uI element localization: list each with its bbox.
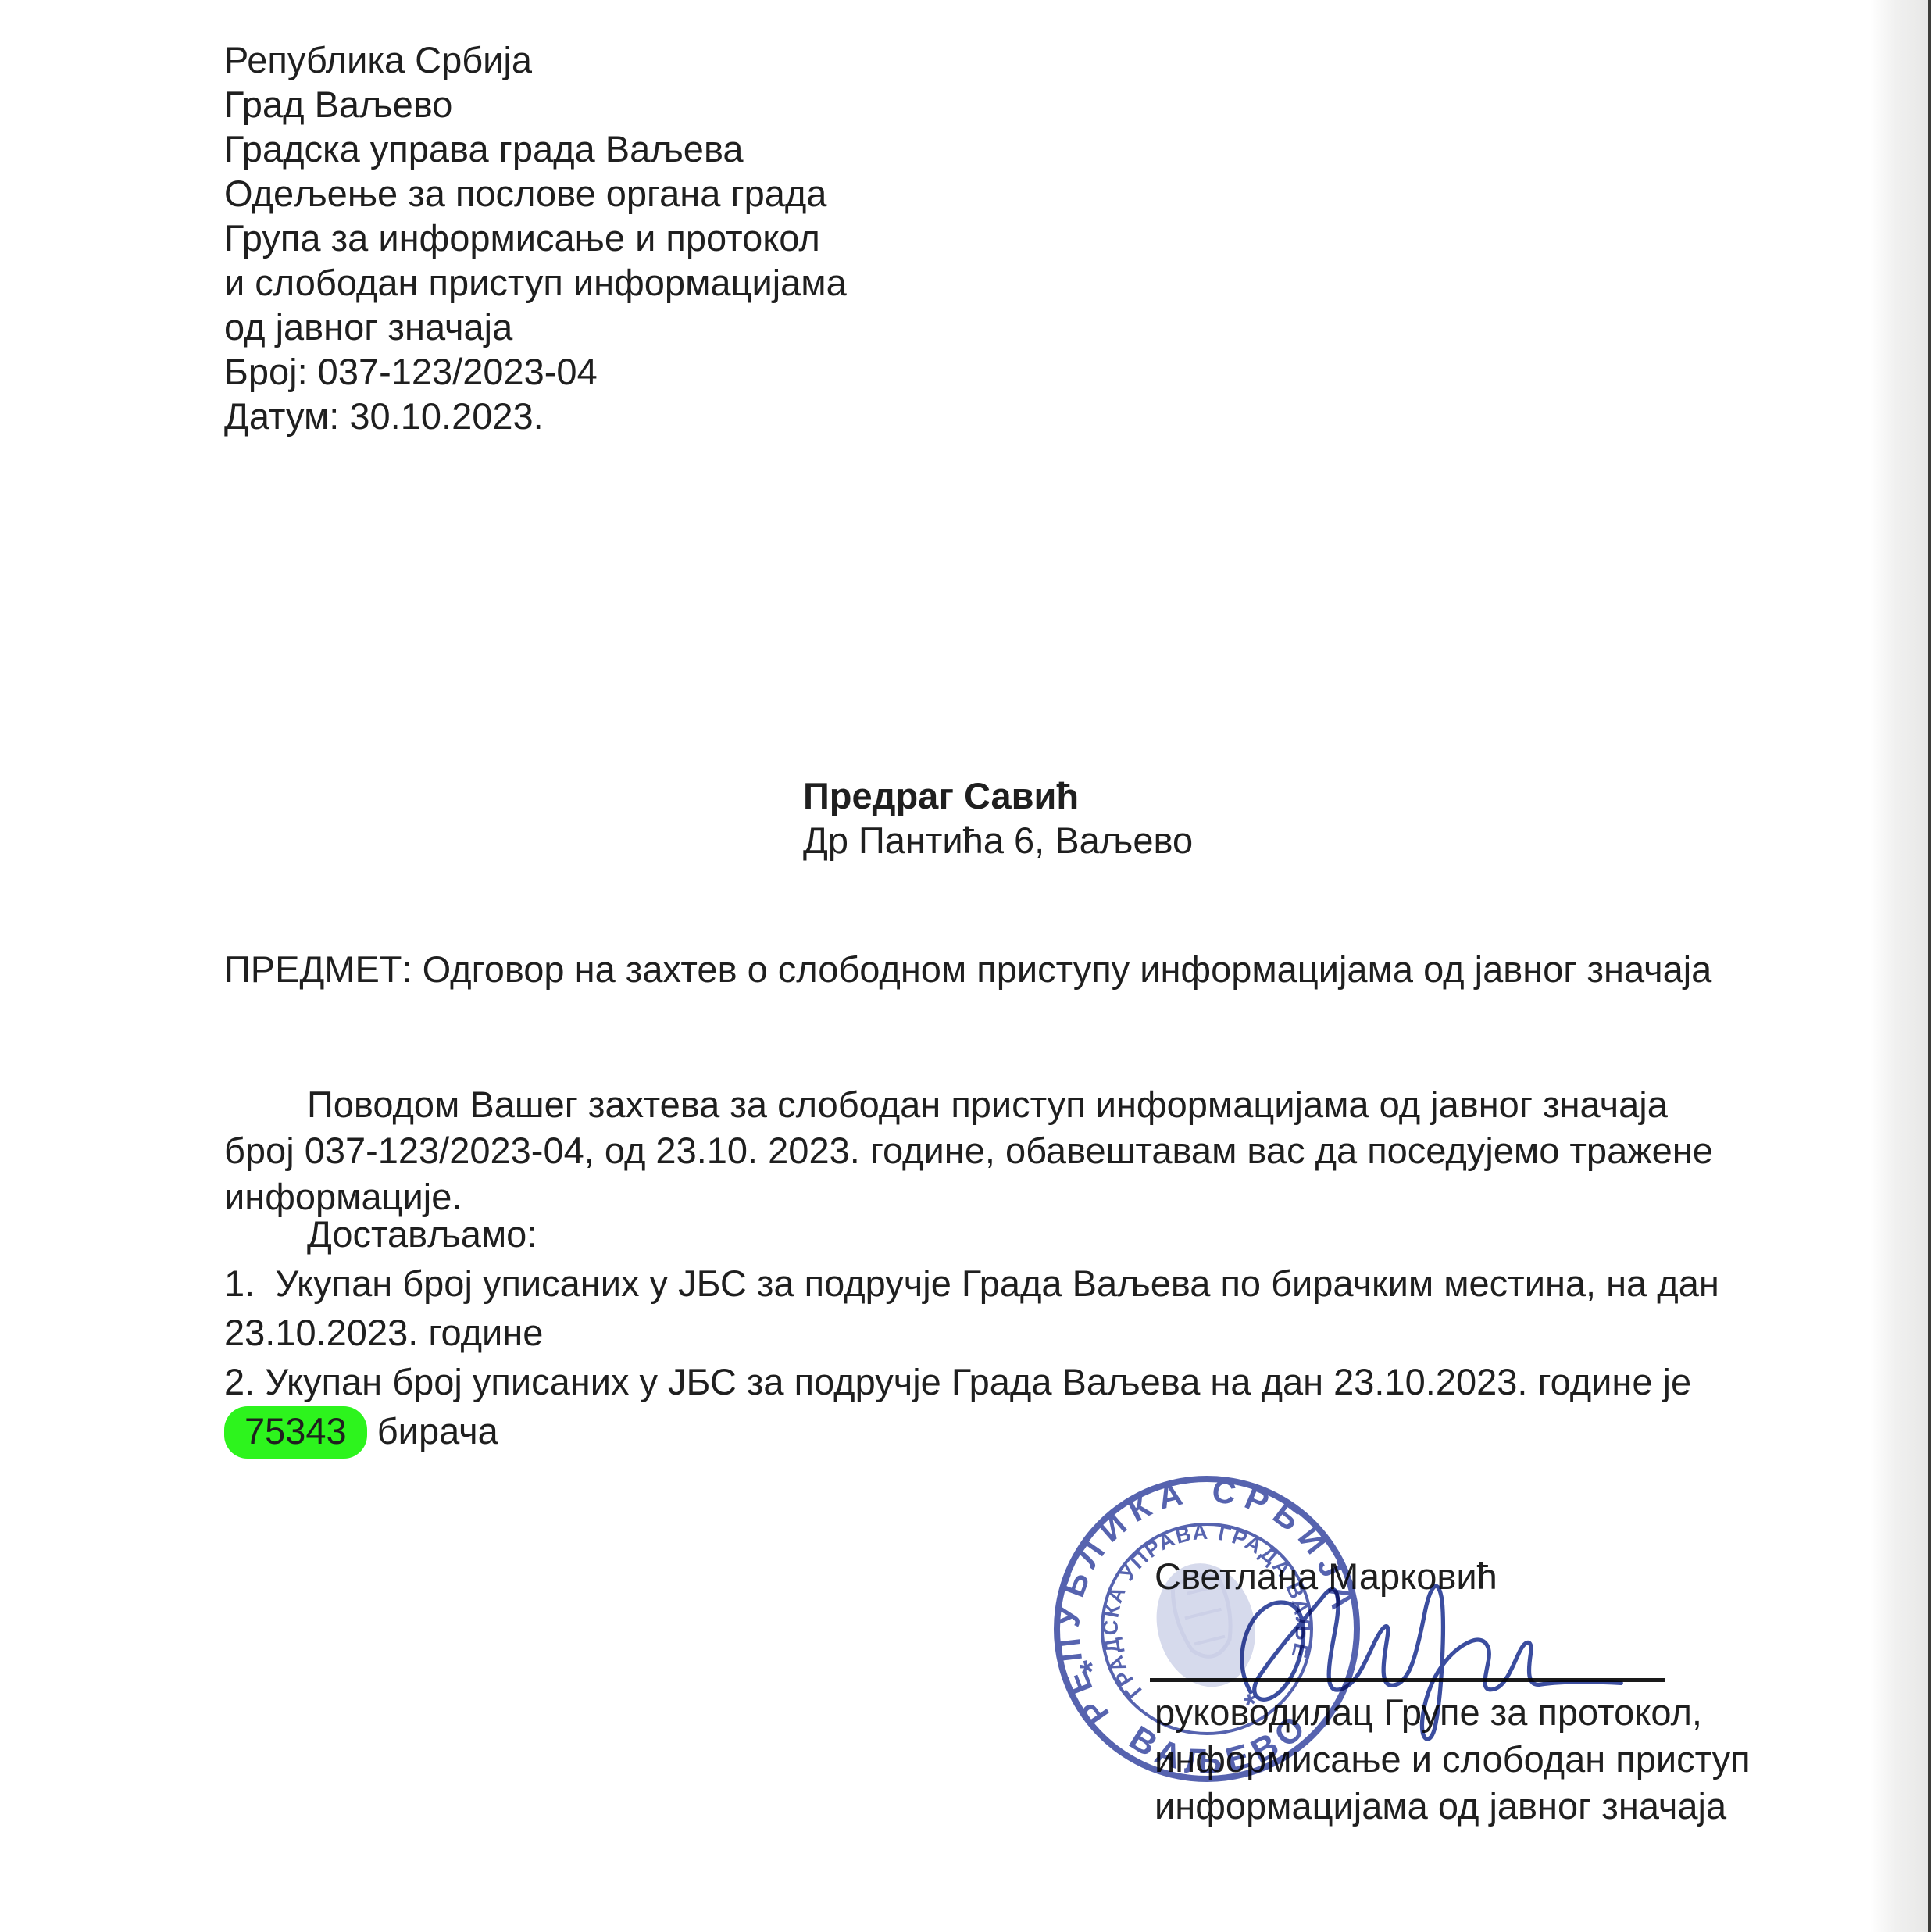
list-item-2: 2. Укупан број уписаних у ЈБС за подручј… xyxy=(224,1357,1746,1455)
subject-line: ПРЕДМЕТ: Одговор на захтев о слободном п… xyxy=(224,948,1711,991)
sender-line: Град Ваљево xyxy=(224,82,847,127)
recipient-name: Предраг Савић xyxy=(803,773,1193,818)
voter-count-highlight: 75343 xyxy=(224,1406,367,1459)
sender-line: и слободан приступ информацијама xyxy=(224,260,847,305)
document-date: Датум: 30.10.2023. xyxy=(224,394,847,438)
signature-stroke xyxy=(1242,1586,1621,1739)
recipient-block: Предраг Савић Др Пантића 6, Ваљево xyxy=(803,773,1193,862)
sender-line: Република Србија xyxy=(224,37,847,82)
delivery-list: Достављамо: 1. Укупан број уписаних у ЈБ… xyxy=(224,1209,1746,1455)
body-paragraph: Поводом Вашег захтева за слободан присту… xyxy=(224,1081,1744,1220)
list-item-2-text: 2. Укупан број уписаних у ЈБС за подручј… xyxy=(224,1361,1691,1402)
document-number: Број: 037-123/2023-04 xyxy=(224,349,847,394)
sender-line: Градска управа града Ваљева xyxy=(224,127,847,171)
scan-edge-shadow xyxy=(1870,0,1931,1932)
sender-line: од јавног значаја xyxy=(224,305,847,349)
recipient-address: Др Пантића 6, Ваљево xyxy=(803,818,1193,862)
list-item-2-suffix: бирача xyxy=(377,1410,498,1452)
list-item-1: 1. Укупан број уписаних у ЈБС за подручј… xyxy=(224,1259,1746,1357)
delivering-label: Достављамо: xyxy=(307,1209,1746,1259)
sender-line: Група за информисање и протокол xyxy=(224,216,847,260)
handwritten-signature xyxy=(1207,1543,1644,1762)
sender-line: Одељење за послове органа града xyxy=(224,171,847,216)
sender-block: Република Србија Град Ваљево Градска упр… xyxy=(224,37,847,438)
